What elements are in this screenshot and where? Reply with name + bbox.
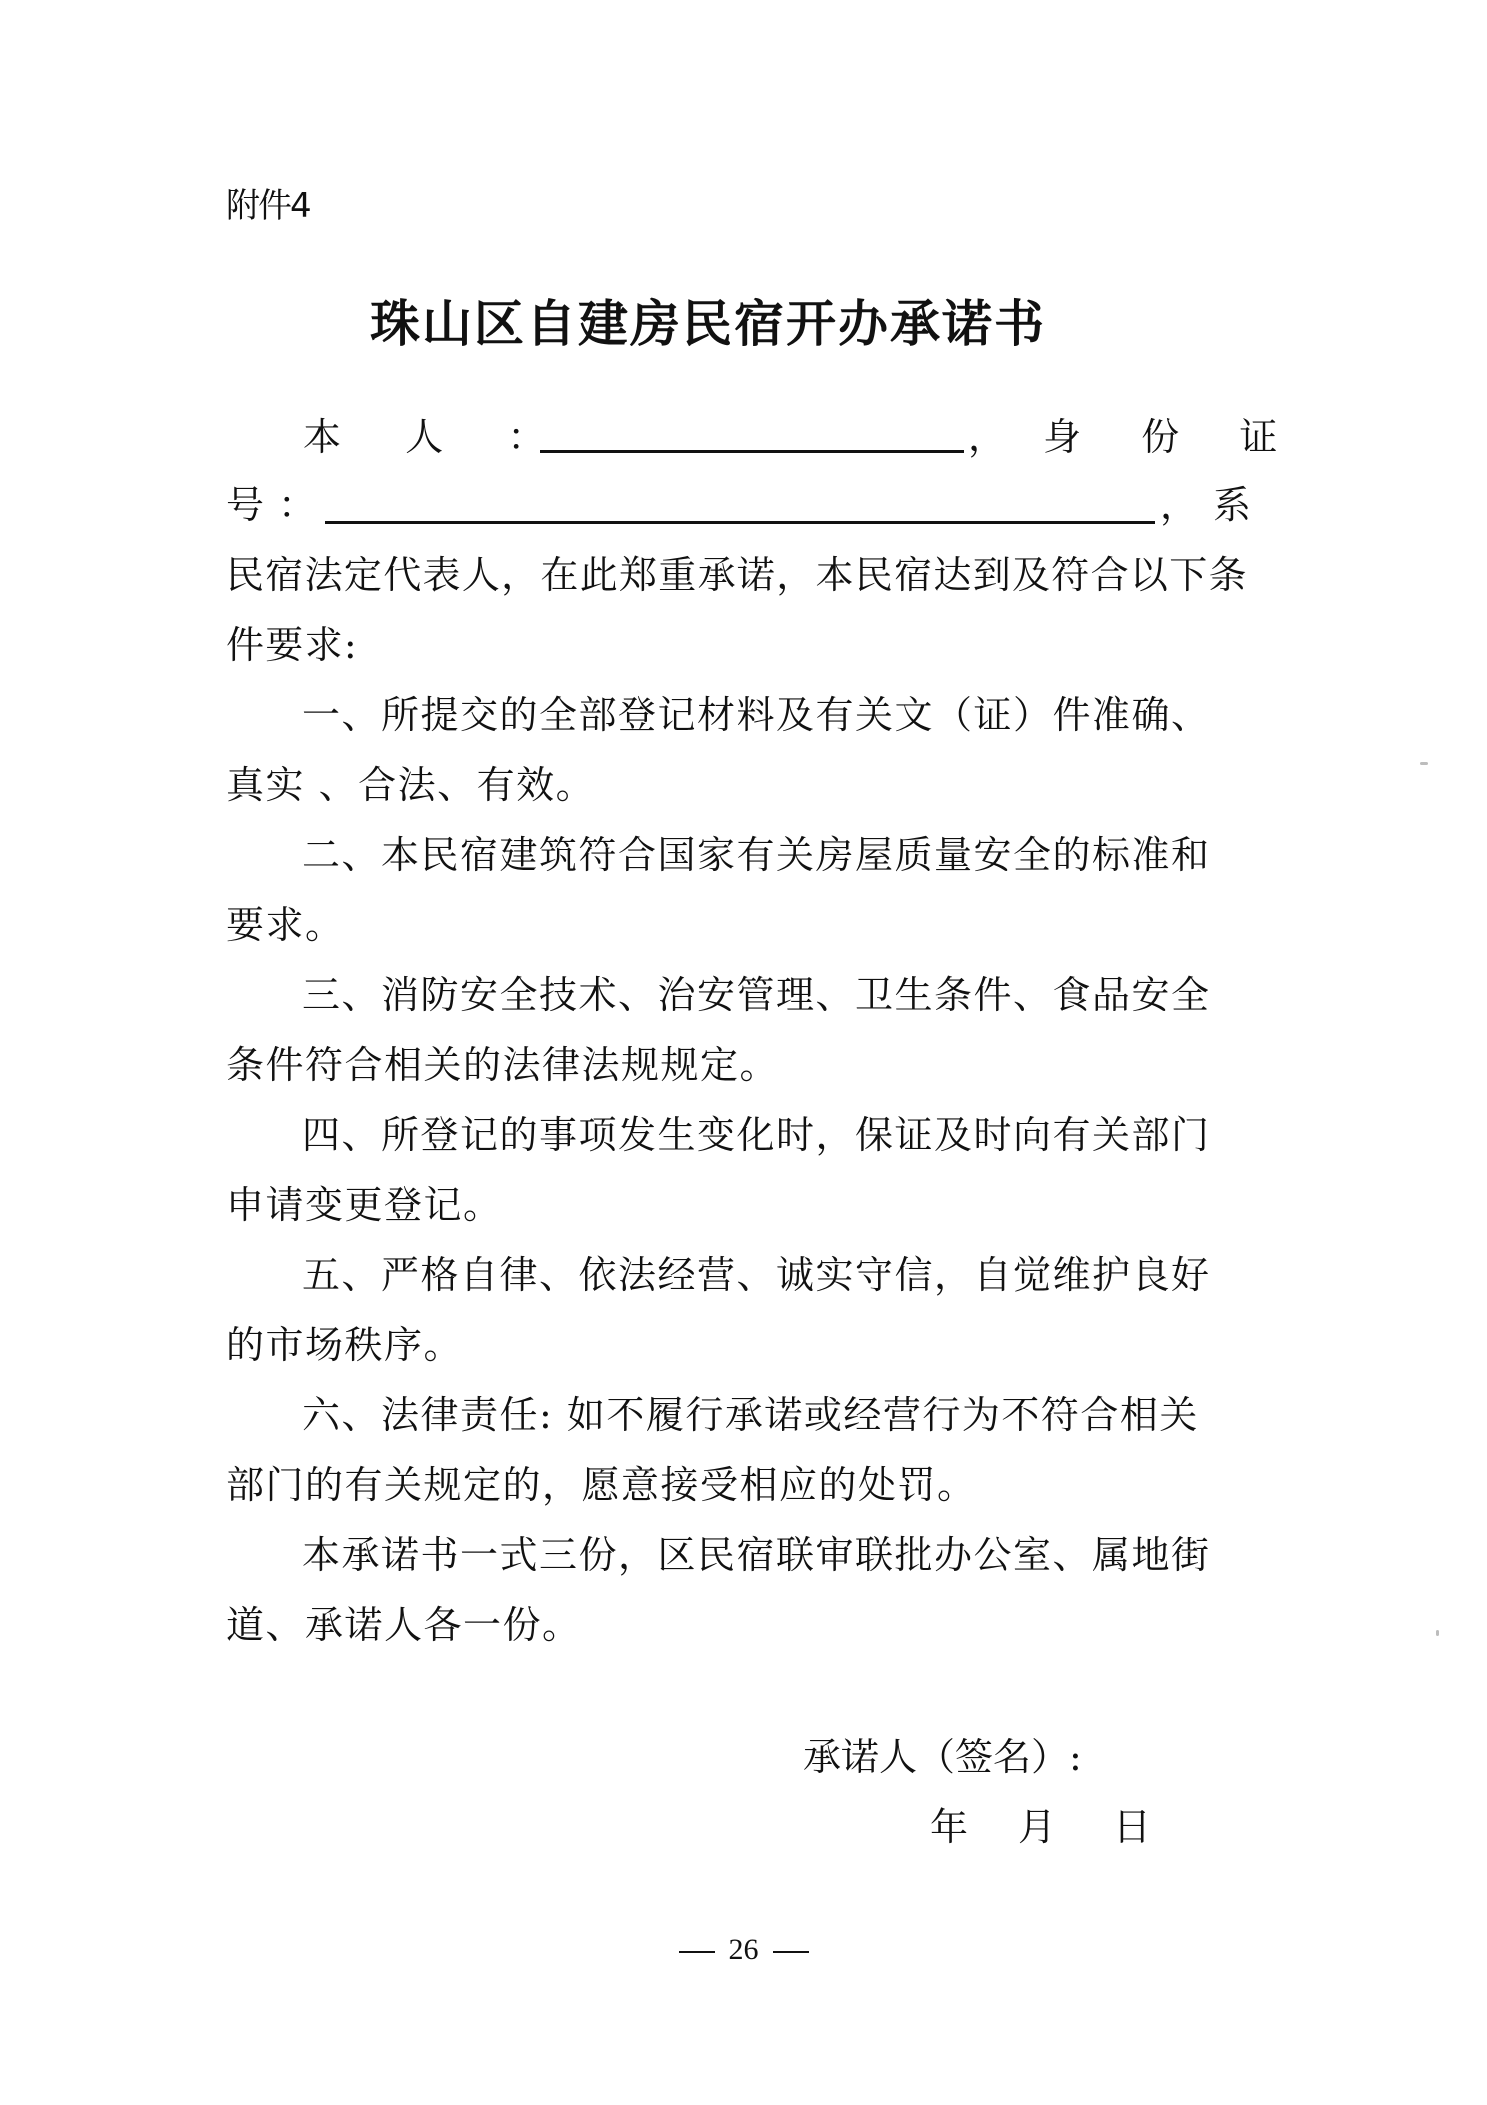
- intro-line-4: 件要求:: [226, 610, 358, 680]
- name-label: 本 人 ：: [303, 402, 545, 472]
- clause-1: 一、所提交的全部登记材料及有关文（证）件准确、真实 、合法、有效。: [226, 680, 1221, 820]
- name-label-text: 本 人 ：: [303, 415, 545, 459]
- scan-speck: [1436, 1630, 1439, 1636]
- clause-2: 二、本民宿建筑符合国家有关房屋质量安全的标准和要求。: [226, 820, 1221, 960]
- page-number-value: 26: [729, 1933, 759, 1966]
- id-number-blank-field[interactable]: [325, 521, 1155, 524]
- clause-4: 四、所登记的事项发生变化时，保证及时向有关部门申请变更登记。: [226, 1100, 1221, 1240]
- attachment-label: 附件4: [226, 178, 310, 227]
- date-year: 年: [930, 1792, 968, 1862]
- name-blank-field[interactable]: [540, 450, 964, 453]
- date-day: 日: [1113, 1792, 1151, 1862]
- id-card-label: 身 份 证: [1043, 402, 1277, 472]
- page-number-dash-left: [679, 1951, 715, 1953]
- id-number-comma: ，: [1160, 470, 1198, 540]
- signature-label: 承诺人（签名）:: [803, 1722, 1082, 1792]
- page-number-dash-right: [773, 1951, 809, 1953]
- document-page: 附件4 珠山区自建房民宿开办承诺书 本 人 ： ， 身 份 证 号： ， 系 民…: [0, 0, 1487, 2105]
- clause-5: 五、严格自律、依法经营、诚实守信，自觉维护良好的市场秩序。: [226, 1240, 1221, 1380]
- date-month: 月: [1018, 1792, 1056, 1862]
- scan-speck: [1420, 762, 1428, 765]
- intro-line-3: 民宿法定代表人，在此郑重承诺，本民宿达到及符合以下条: [226, 540, 1248, 610]
- clause-3: 三、消防安全技术、治安管理、卫生条件、食品安全条件符合相关的法律法规规定。: [226, 960, 1221, 1100]
- page-number: 26: [0, 1933, 1487, 1967]
- intro-suffix: 系: [1213, 470, 1251, 540]
- clause-6: 六、法律责任: 如不履行承诺或经营行为不符合相关部门的有关规定的，愿意接受相应的…: [226, 1380, 1221, 1520]
- id-number-label: 号：: [226, 470, 330, 540]
- copies-note: 本承诺书一式三份，区民宿联审联批办公室、属地街道、承诺人各一份。: [226, 1520, 1221, 1660]
- name-comma: ，: [968, 402, 1006, 472]
- document-title: 珠山区自建房民宿开办承诺书: [370, 284, 1046, 356]
